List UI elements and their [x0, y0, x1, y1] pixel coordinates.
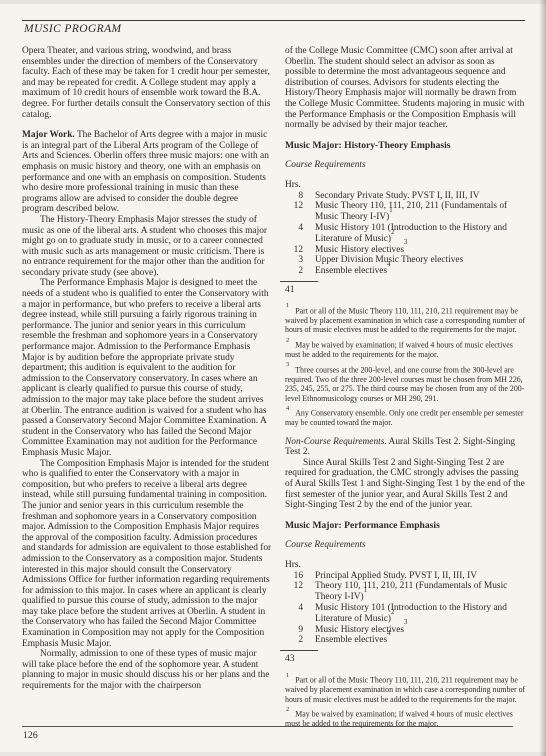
- course-row: 12Music Theory 110, 111, 210, 211 (Funda…: [285, 201, 526, 223]
- paragraph-history-theory: The History-Theory Emphasis Major stress…: [22, 215, 272, 279]
- footnote: 4Any Conservatory ensemble. Only one cre…: [285, 406, 526, 427]
- total-rule: [280, 650, 318, 651]
- paragraph-text: Normally, admission to one of these type…: [22, 649, 269, 691]
- footer-rule: [22, 726, 513, 727]
- footnote-ref: 3: [404, 619, 407, 626]
- course-text: Music History electives3: [315, 625, 526, 636]
- course-text: Secondary Private Study. PVST I, II, III…: [315, 191, 526, 202]
- footnote-ref: 4: [387, 630, 390, 637]
- catalog-page: MUSIC PROGRAM Opera Theater, and various…: [0, 0, 546, 756]
- left-column: Opera Theater, and various string, woodw…: [22, 46, 272, 732]
- hrs-label: Hrs.: [285, 560, 526, 571]
- performance-course-table: 16Principal Applied Study. PVST I, II, I…: [285, 571, 526, 647]
- non-course-paragraph: Since Aural Skills Test 2 and Sight-Sing…: [285, 458, 526, 511]
- course-text: Music History 101 (Introduction to the H…: [315, 603, 526, 625]
- paragraph-text: The Performance Emphasis Major is design…: [22, 278, 269, 458]
- footnote-number: 2: [286, 706, 289, 713]
- footnote-ref: 1: [364, 587, 367, 594]
- history-theory-footnotes: 1Part or all of the Music Theory 110, 11…: [285, 304, 526, 428]
- footnote: 3Three courses at the 200-level, and one…: [285, 363, 526, 403]
- course-row: 9Music History electives3: [285, 625, 526, 636]
- footnote-number: 2: [286, 337, 289, 344]
- paragraph-ensembles: Opera Theater, and various string, woodw…: [22, 46, 272, 120]
- hrs-label: Hrs.: [285, 180, 526, 191]
- course-row: 16Principal Applied Study. PVST I, II, I…: [285, 571, 526, 582]
- course-row: 2Ensemble electives4: [285, 266, 526, 277]
- footnote: 2May be waived by examination; if waived…: [285, 338, 526, 359]
- hrs-value: 16: [285, 571, 303, 582]
- hrs-value: 12: [285, 245, 303, 256]
- footnote-ref: 1: [389, 207, 392, 214]
- scan-edge-top: [0, 0, 546, 4]
- paragraph-text: The Composition Emphasis Major is intend…: [22, 459, 271, 649]
- footnote-text: Part or all of the Music Theory 110, 111…: [285, 676, 525, 704]
- course-row: 12Music History electives3: [285, 245, 526, 256]
- paragraph-admission-timing: Normally, admission to one of these type…: [22, 649, 272, 691]
- hrs-value: 3: [285, 255, 303, 266]
- footnote-ref: 3: [404, 239, 407, 246]
- paragraph-text: The Bachelor of Arts degree with a major…: [22, 130, 269, 214]
- course-text: Ensemble electives4: [315, 266, 526, 277]
- total-hours: 41: [285, 284, 526, 295]
- course-text: Theory 110, 111, 210, 211 (Fundamentals …: [315, 581, 526, 603]
- course-requirements-label: Course Requirements: [285, 160, 526, 171]
- page-number: 126: [23, 730, 38, 741]
- footnote: 1Part or all of the Music Theory 110, 11…: [285, 673, 526, 704]
- paragraph-performance: The Performance Emphasis Major is design…: [22, 278, 272, 458]
- hrs-value: 2: [285, 635, 303, 646]
- course-text: Music History electives3: [315, 245, 526, 256]
- heading-performance-emphasis: Music Major: Performance Emphasis: [285, 521, 526, 532]
- footnote-number: 1: [286, 302, 289, 309]
- footnote: 1Part or all of the Music Theory 110, 11…: [285, 304, 526, 335]
- hrs-value: 12: [285, 201, 303, 223]
- course-text: Principal Applied Study. PVST I, II, III…: [315, 571, 526, 582]
- paragraph-major-work: Major Work. The Bachelor of Arts degree …: [22, 130, 272, 215]
- hrs-value: 2: [285, 266, 303, 277]
- course-text: Music History 101 (Introduction to the H…: [315, 223, 526, 245]
- footnote-number: 3: [286, 361, 289, 368]
- course-text: Ensemble electives4: [315, 635, 526, 646]
- total-rule: [280, 281, 318, 282]
- hrs-value: 4: [285, 223, 303, 245]
- non-course-lead: Non-Course Requirements.: [285, 437, 387, 447]
- paragraph-lead: Major Work.: [22, 130, 75, 140]
- two-column-layout: Opera Theater, and various string, woodw…: [22, 46, 525, 732]
- hrs-value: 4: [285, 603, 303, 625]
- paragraph-text: The History-Theory Emphasis Major stress…: [22, 215, 267, 278]
- paragraph-advisor-intro: of the College Music Committee (CMC) soo…: [285, 46, 526, 131]
- course-row: 2Ensemble electives4: [285, 635, 526, 646]
- total-hours: 43: [285, 653, 526, 664]
- history-theory-course-table: 8Secondary Private Study. PVST I, II, II…: [285, 191, 526, 277]
- footnote-ref: 2: [391, 609, 394, 616]
- footnote-ref: 2: [391, 229, 394, 236]
- footnote-text: Part or all of the Music Theory 110, 111…: [285, 307, 525, 335]
- scan-edge-bottom: [0, 752, 546, 756]
- non-course-requirements: Non-Course Requirements. Aural Skills Te…: [285, 437, 526, 511]
- course-row: 12Theory 110, 111, 210, 211 (Fundamental…: [285, 581, 526, 603]
- page-title: MUSIC PROGRAM: [22, 21, 525, 35]
- hrs-value: 9: [285, 625, 303, 636]
- hrs-value: 8: [285, 191, 303, 202]
- scan-edge-right: [539, 0, 546, 756]
- page-content: MUSIC PROGRAM Opera Theater, and various…: [22, 14, 525, 732]
- hrs-value: 12: [285, 581, 303, 603]
- footnote-number: 4: [286, 405, 289, 412]
- performance-footnotes: 1Part or all of the Music Theory 110, 11…: [285, 673, 526, 728]
- footnote-text: Any Conservatory ensemble. Only one cred…: [285, 409, 524, 427]
- course-text: Upper Division Music Theory electives: [315, 255, 526, 266]
- course-row: 3Upper Division Music Theory electives: [285, 255, 526, 266]
- footnote-ref: 4: [387, 261, 390, 268]
- footnote-text: May be waived by examination; if waived …: [285, 341, 513, 359]
- course-row: 8Secondary Private Study. PVST I, II, II…: [285, 191, 526, 202]
- non-course-heading: Non-Course Requirements. Aural Skills Te…: [285, 437, 526, 458]
- right-column: of the College Music Committee (CMC) soo…: [285, 46, 526, 732]
- course-requirements-label: Course Requirements: [285, 540, 526, 551]
- footnote-number: 1: [286, 672, 289, 679]
- course-text: Music Theory 110, 111, 210, 211 (Fundame…: [315, 201, 526, 223]
- paragraph-composition: The Composition Emphasis Major is intend…: [22, 459, 272, 650]
- paragraph-text: Opera Theater, and various string, woodw…: [22, 46, 270, 120]
- footnote-text: Three courses at the 200-level, and one …: [285, 366, 524, 403]
- heading-history-theory-emphasis: Music Major: History-Theory Emphasis: [285, 141, 526, 152]
